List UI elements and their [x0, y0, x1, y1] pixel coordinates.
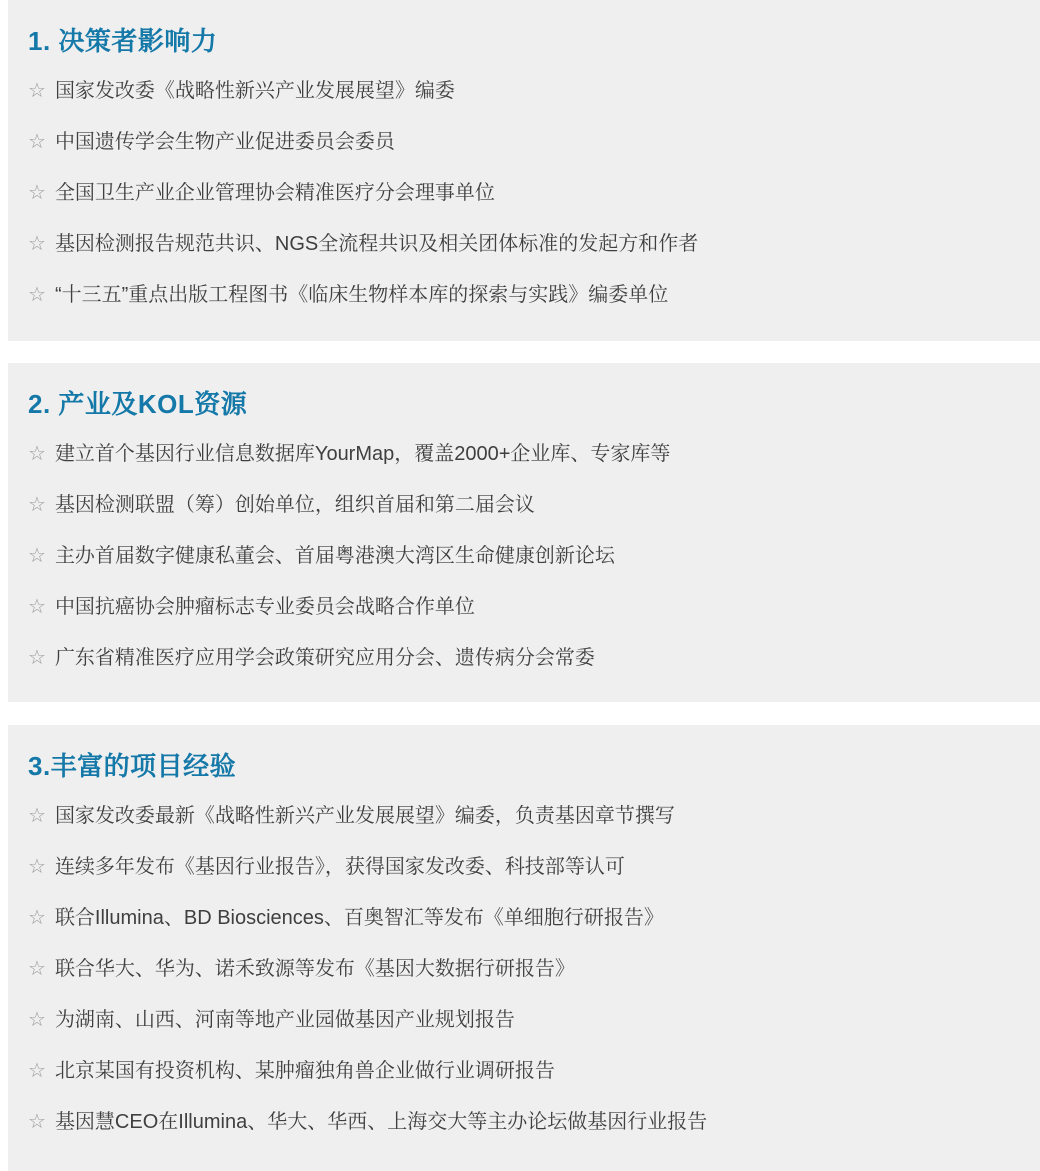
- star-icon: ☆: [28, 954, 46, 984]
- section-industry-kol-resources: 2. 产业及KOL资源 ☆ 建立首个基因行业信息数据库YourMap，覆盖200…: [8, 363, 1040, 702]
- list-item-text: “十三五”重点出版工程图书《临床生物样本库的探索与实践》编委单位: [55, 280, 1010, 310]
- star-icon: ☆: [28, 127, 46, 157]
- star-icon: ☆: [28, 1005, 46, 1035]
- star-icon: ☆: [28, 592, 46, 622]
- section-title: 1. 决策者影响力: [28, 24, 1010, 58]
- list-item: ☆ 基因检测报告规范共识、NGS全流程共识及相关团体标准的发起方和作者: [28, 229, 1010, 259]
- section-title: 3.丰富的项目经验: [28, 749, 1010, 783]
- list-item-text: 基因检测联盟（筹）创始单位，组织首届和第二届会议: [55, 490, 1010, 520]
- star-icon: ☆: [28, 801, 46, 831]
- list-item: ☆ 主办首届数字健康私董会、首届粤港澳大湾区生命健康创新论坛: [28, 541, 1010, 571]
- star-icon: ☆: [28, 1107, 46, 1137]
- list-item-text: 基因检测报告规范共识、NGS全流程共识及相关团体标准的发起方和作者: [55, 229, 1010, 259]
- list-item: ☆ 中国遗传学会生物产业促进委员会委员: [28, 127, 1010, 157]
- list-item-text: 国家发改委《战略性新兴产业发展展望》编委: [55, 76, 1010, 106]
- list-item: ☆ 基因慧CEO在Illumina、华大、华西、上海交大等主办论坛做基因行业报告: [28, 1107, 1010, 1137]
- list-item: ☆ 基因检测联盟（筹）创始单位，组织首届和第二届会议: [28, 490, 1010, 520]
- star-icon: ☆: [28, 643, 46, 673]
- list-item-text: 国家发改委最新《战略性新兴产业发展展望》编委，负责基因章节撰写: [55, 801, 1010, 831]
- star-icon: ☆: [28, 1056, 46, 1086]
- list-item: ☆ 北京某国有投资机构、某肿瘤独角兽企业做行业调研报告: [28, 1056, 1010, 1086]
- list-item-text: 主办首届数字健康私董会、首届粤港澳大湾区生命健康创新论坛: [55, 541, 1010, 571]
- star-icon: ☆: [28, 280, 46, 310]
- list-item: ☆ 全国卫生产业企业管理协会精准医疗分会理事单位: [28, 178, 1010, 208]
- list-item-text: 联合华大、华为、诺禾致源等发布《基因大数据行研报告》: [55, 954, 1010, 984]
- page: 1. 决策者影响力 ☆ 国家发改委《战略性新兴产业发展展望》编委 ☆ 中国遗传学…: [0, 0, 1040, 1171]
- list-item: ☆ “十三五”重点出版工程图书《临床生物样本库的探索与实践》编委单位: [28, 280, 1010, 310]
- list-item: ☆ 为湖南、山西、河南等地产业园做基因产业规划报告: [28, 1005, 1010, 1035]
- list-item-text: 广东省精准医疗应用学会政策研究应用分会、遗传病分会常委: [55, 643, 1010, 673]
- star-icon: ☆: [28, 852, 46, 882]
- star-icon: ☆: [28, 76, 46, 106]
- star-icon: ☆: [28, 490, 46, 520]
- star-icon: ☆: [28, 541, 46, 571]
- list-item: ☆ 连续多年发布《基因行业报告》，获得国家发改委、科技部等认可: [28, 852, 1010, 882]
- list-item: ☆ 联合华大、华为、诺禾致源等发布《基因大数据行研报告》: [28, 954, 1010, 984]
- list-item-text: 中国抗癌协会肿瘤标志专业委员会战略合作单位: [55, 592, 1010, 622]
- list-item-text: 建立首个基因行业信息数据库YourMap，覆盖2000+企业库、专家库等: [55, 439, 1010, 469]
- list-item: ☆ 国家发改委最新《战略性新兴产业发展展望》编委，负责基因章节撰写: [28, 801, 1010, 831]
- list-item-text: 中国遗传学会生物产业促进委员会委员: [55, 127, 1010, 157]
- star-icon: ☆: [28, 229, 46, 259]
- star-icon: ☆: [28, 439, 46, 469]
- list-item-text: 联合Illumina、BD Biosciences、百奥智汇等发布《单细胞行研报…: [55, 903, 1010, 933]
- list-item: ☆ 中国抗癌协会肿瘤标志专业委员会战略合作单位: [28, 592, 1010, 622]
- list-item: ☆ 广东省精准医疗应用学会政策研究应用分会、遗传病分会常委: [28, 643, 1010, 673]
- list-item: ☆ 联合Illumina、BD Biosciences、百奥智汇等发布《单细胞行…: [28, 903, 1010, 933]
- star-icon: ☆: [28, 178, 46, 208]
- list-item: ☆ 国家发改委《战略性新兴产业发展展望》编委: [28, 76, 1010, 106]
- list-item-text: 基因慧CEO在Illumina、华大、华西、上海交大等主办论坛做基因行业报告: [55, 1107, 1010, 1137]
- list-item-text: 连续多年发布《基因行业报告》，获得国家发改委、科技部等认可: [55, 852, 1010, 882]
- section-project-experience: 3.丰富的项目经验 ☆ 国家发改委最新《战略性新兴产业发展展望》编委，负责基因章…: [8, 725, 1040, 1171]
- list-item-text: 全国卫生产业企业管理协会精准医疗分会理事单位: [55, 178, 1010, 208]
- star-icon: ☆: [28, 903, 46, 933]
- list-item-text: 北京某国有投资机构、某肿瘤独角兽企业做行业调研报告: [55, 1056, 1010, 1086]
- section-title: 2. 产业及KOL资源: [28, 387, 1010, 421]
- list-item-text: 为湖南、山西、河南等地产业园做基因产业规划报告: [55, 1005, 1010, 1035]
- section-decision-maker-influence: 1. 决策者影响力 ☆ 国家发改委《战略性新兴产业发展展望》编委 ☆ 中国遗传学…: [8, 0, 1040, 341]
- list-item: ☆ 建立首个基因行业信息数据库YourMap，覆盖2000+企业库、专家库等: [28, 439, 1010, 469]
